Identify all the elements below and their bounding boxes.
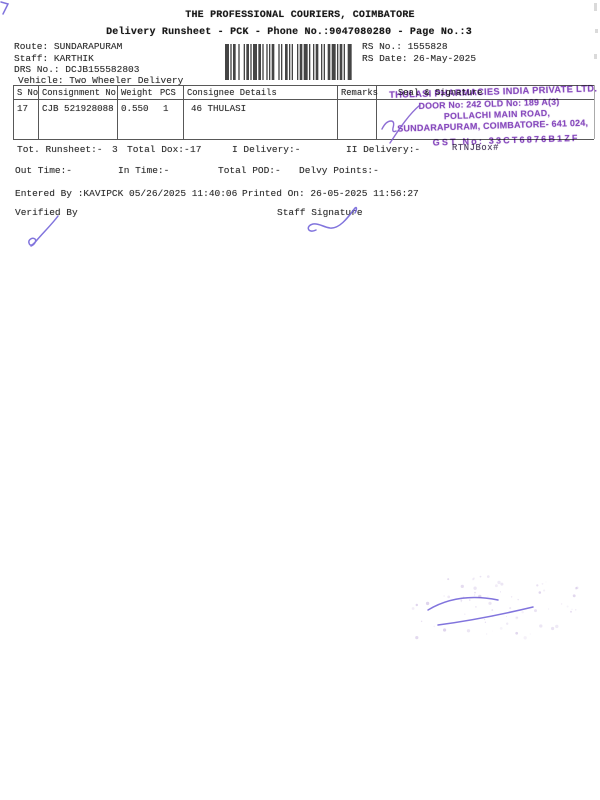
table-border-col3 (183, 85, 184, 139)
staff-signature-scribble (298, 204, 362, 238)
table-border-col4 (337, 85, 338, 139)
header-s-no: S No (17, 88, 38, 98)
total-dox-value: 17 (190, 144, 201, 155)
row-s-no: 17 (17, 103, 28, 114)
header-pcs: PCS (160, 88, 176, 98)
scan-artifact-right-3 (594, 54, 597, 59)
row-pcs: 1 (163, 103, 169, 114)
in-time-label: In Time:- (118, 165, 169, 176)
drs-no-field: DRS No.: DCJB155582803 (14, 64, 139, 75)
staff-field: Staff: KARTHIK (14, 53, 94, 64)
table-border-col1 (38, 85, 39, 139)
header-remarks: Remarks (341, 88, 378, 98)
stamp-ghost-smudge (408, 570, 583, 645)
page-title: THE PROFESSIONAL COURIERS, COIMBATORE (0, 10, 600, 21)
header-consignee-details: Consignee Details (187, 88, 277, 98)
header-consignment-no: Consignment No (42, 88, 116, 98)
verified-by-signature (24, 212, 64, 252)
rs-no-field: RS No.: 1555828 (362, 41, 448, 52)
rs-barcode (225, 44, 353, 80)
header-weight: Weight (121, 88, 153, 98)
stamp-gst: GST No: 33CT6876B1ZF (433, 133, 580, 148)
total-runsheet-value: 3 (112, 144, 118, 155)
rs-date-field: RS Date: 26-May-2025 (362, 53, 476, 64)
table-border-col2 (117, 85, 118, 139)
delvy-points-label: Delvy Points:- (299, 165, 379, 176)
receiver-initial-signature (376, 101, 428, 147)
out-time-label: Out Time:- (15, 165, 72, 176)
row-consignee: 46 THULASI (191, 103, 246, 114)
row-weight: 0.550 (121, 103, 149, 114)
total-pod-label: Total POD:- (218, 165, 281, 176)
total-runsheet-label: Tot. Runsheet:- (17, 144, 103, 155)
table-border-left (13, 85, 14, 139)
page-subtitle: Delivery Runsheet - PCK - Phone No.:9047… (0, 27, 578, 38)
row-consignment-no: CJB 521928088 (42, 103, 114, 114)
scan-artifact-right-2 (595, 29, 598, 33)
route-field: Route: SUNDARAPURAM (14, 41, 122, 52)
printed-on-line: Printed On: 26-05-2025 11:56:27 (242, 188, 419, 199)
delivery-1-label: I Delivery:- (232, 144, 300, 155)
scanned-delivery-runsheet: THE PROFESSIONAL COURIERS, COIMBATORE De… (0, 0, 600, 800)
entered-by-line: Entered By :KAVIPCK 05/26/2025 11:40:06 (15, 188, 237, 199)
total-dox-label: Total Dox:- (127, 144, 190, 155)
